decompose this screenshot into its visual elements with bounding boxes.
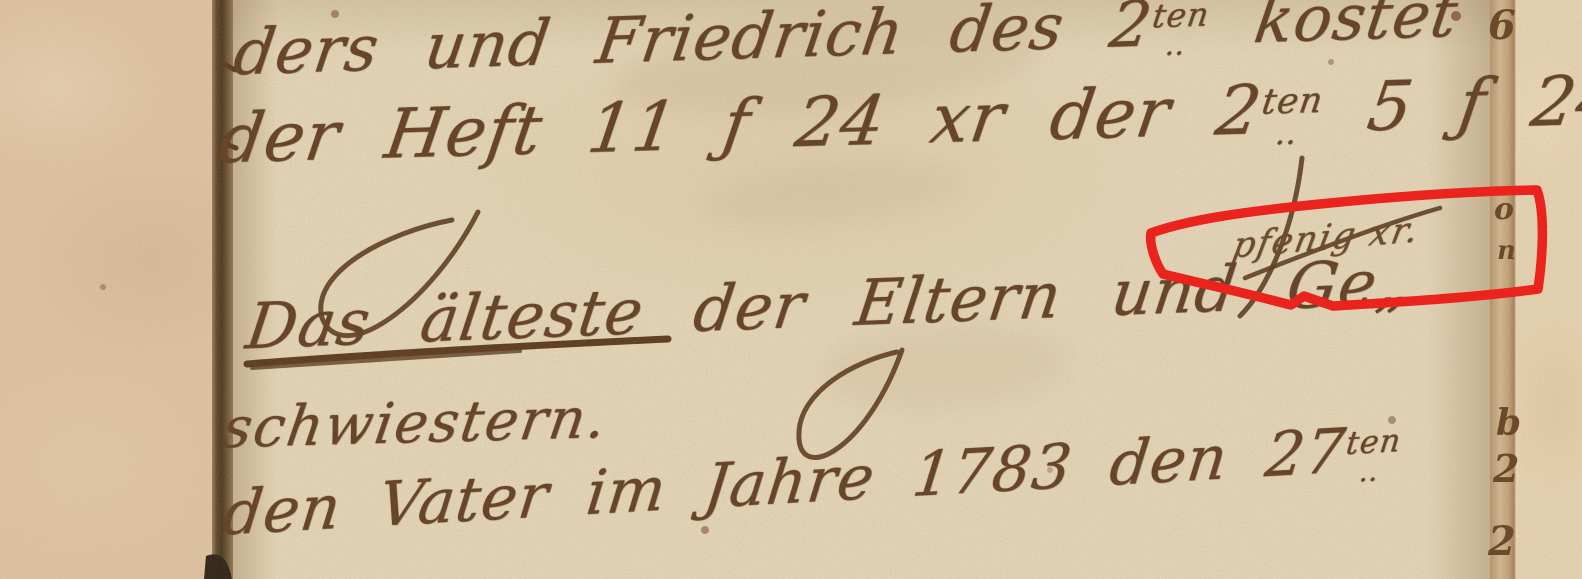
line1-text-b: kostet [1203, 0, 1463, 59]
edge-fragment: n [1497, 236, 1516, 266]
line5-superscript: ten‥ [1344, 423, 1403, 462]
underdots: ‥ [1357, 454, 1380, 488]
edge-fragment: b [1496, 402, 1521, 444]
manuscript-line-4: schwiestern. [218, 386, 612, 461]
edge-fragment: 2 [1493, 446, 1519, 491]
edge-fragment: 2 [1488, 518, 1516, 565]
backing-board-left [0, 0, 215, 579]
underdots: ‥ [1163, 27, 1188, 62]
edge-fragment: 6 [1488, 2, 1516, 49]
line3-underlined-text: Das älteste [242, 275, 648, 364]
edge-fragment: o [1494, 192, 1514, 227]
manuscript-scan: ders und Friedrich des 2ten‥ kostet der … [0, 0, 1582, 579]
line1-superscript: ten‥ [1150, 0, 1212, 35]
line2-text-b: 5 ƒ 24 xr. [1316, 57, 1582, 148]
line2-superscript: ten‥ [1259, 80, 1326, 123]
underdots: ‥ [1273, 114, 1300, 153]
